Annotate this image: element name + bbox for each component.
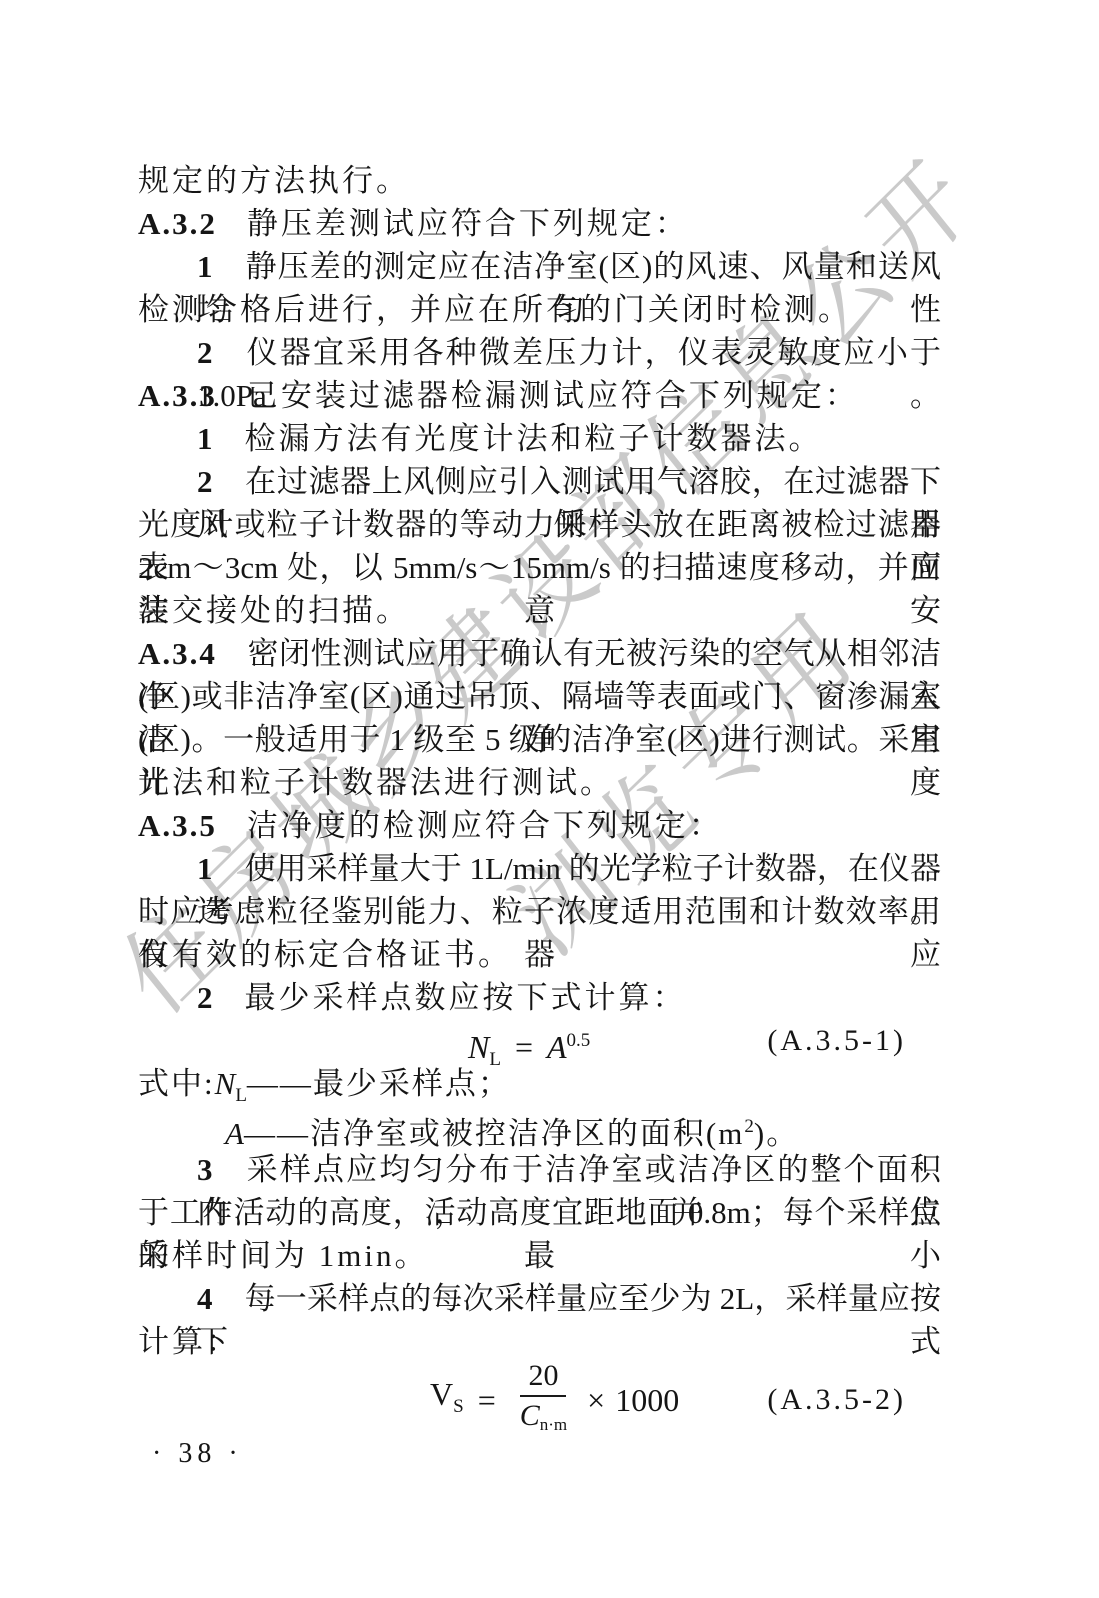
- text-line: 计法和粒子计数器法进行测试。: [138, 761, 941, 804]
- text-line: 装交接处的扫描。: [138, 589, 941, 632]
- text-line: 2在过滤器上风侧应引入测试用气溶胶，在过滤器下风侧用: [138, 460, 941, 503]
- formula-expression: VS = 20 Cn·m × 1000: [430, 1358, 679, 1442]
- line-text: 静压差测试应符合下列规定：: [247, 206, 689, 241]
- section-heading: A.3.2静压差测试应符合下列规定：: [138, 202, 941, 245]
- legend-description: )。: [754, 1116, 799, 1151]
- formula-symbol: N: [215, 1066, 236, 1101]
- fraction-numerator: 20: [520, 1360, 566, 1397]
- text-line: 2仪器宜采用各种微差压力计，仪表灵敏度应小于 1.0Pa。: [138, 331, 941, 374]
- multiply-sign: ×: [587, 1358, 605, 1442]
- formula-superscript: 0.5: [567, 1030, 591, 1051]
- line-text: 规定的方法执行。: [138, 163, 410, 198]
- text-line: 3采样点应均匀分布于洁净室或洁净区的整个面积内，并位: [138, 1148, 941, 1191]
- formula-symbol: A: [547, 1029, 567, 1065]
- line-text: 检测合格后进行，并应在所有的门关闭时检测。: [138, 292, 852, 327]
- section-number: A.3.3: [138, 378, 217, 413]
- formula-a-3-5-2: VS = 20 Cn·m × 1000 (A.3.5-2): [138, 1358, 941, 1442]
- formula-symbol: V: [430, 1376, 453, 1412]
- item-number: 2: [197, 980, 215, 1015]
- equals-sign: =: [515, 1029, 533, 1065]
- formula-legend-a: A——洁净室或被控洁净区的面积(m2)。: [138, 1105, 941, 1148]
- line-text: 计算：: [138, 1324, 240, 1359]
- fraction-denominator: Cn·m: [520, 1397, 567, 1441]
- formula-symbol: C: [520, 1399, 540, 1432]
- line-text: 洁净度的检测应符合下列规定：: [247, 808, 723, 843]
- item-number: 1: [197, 249, 215, 284]
- item-number: 2: [197, 464, 215, 499]
- text-line: (区)或非洁净室(区)通过吊顶、隔墙等表面或门、窗渗漏入洁净室: [138, 675, 941, 718]
- item-number: 1: [197, 851, 215, 886]
- item-number: 2: [197, 335, 215, 370]
- equals-sign: =: [478, 1358, 496, 1442]
- line-text: 采样时间为 1min。: [138, 1238, 428, 1273]
- section-heading: A.3.5洁净度的检测应符合下列规定：: [138, 804, 941, 847]
- section-number: A.3.2: [138, 206, 217, 241]
- text-line: 光度计或粒子计数器的等动力采样头放在距离被检过滤器表面: [138, 503, 941, 546]
- text-line: 1静压差的测定应在洁净室(区)的风速、风量和送风均匀性: [138, 245, 941, 288]
- formula-superscript: 2: [744, 1116, 754, 1137]
- section-number: A.3.5: [138, 808, 217, 843]
- legend-dash: ——: [247, 1066, 313, 1101]
- text-line: 2最少采样点数应按下式计算：: [138, 976, 941, 1019]
- line-text: 检漏方法有光度计法和粒子计数器法。: [245, 421, 823, 456]
- fraction: 20 Cn·m: [520, 1360, 567, 1441]
- legend-dash: ——: [244, 1116, 310, 1151]
- line-text: 已安装过滤器检漏测试应符合下列规定：: [247, 378, 859, 413]
- formula-subscript: n·m: [540, 1415, 567, 1434]
- formula-subscript: S: [453, 1396, 464, 1417]
- section-heading: A.3.4密闭性测试应用于确认有无被污染的空气从相邻洁净室: [138, 632, 941, 675]
- legend-lead: 式中:: [138, 1066, 215, 1101]
- formula-a-3-5-1: NL=A0.5 (A.3.5-1): [138, 1019, 941, 1062]
- formula-legend-nl: 式中:NL——最少采样点；: [138, 1062, 941, 1105]
- formula-symbol: N: [468, 1029, 489, 1065]
- line-text: 有有效的标定合格证书。: [138, 937, 512, 972]
- line-text: 装交接处的扫描。: [138, 593, 410, 628]
- line-text: 计法和粒子计数器法进行测试。: [138, 765, 614, 800]
- legend-description: 最少采样点；: [313, 1066, 511, 1101]
- formula-subscript: L: [235, 1085, 247, 1106]
- formula-factor: 1000: [615, 1358, 679, 1442]
- document-page: 住房城乡建设部信息公开 浏览专用 规定的方法执行。 A.3.2静压差测试应符合下…: [0, 0, 1099, 1598]
- equation-number: (A.3.5-2): [767, 1358, 906, 1442]
- text-line: 有有效的标定合格证书。: [138, 933, 941, 976]
- line-text: 最少采样点数应按下式计算：: [245, 980, 687, 1015]
- item-number: 4: [197, 1281, 215, 1316]
- text-line: 检测合格后进行，并应在所有的门关闭时检测。: [138, 288, 941, 331]
- text-line: 1检漏方法有光度计法和粒子计数器法。: [138, 417, 941, 460]
- text-line: 时应考虑粒径鉴别能力、粒子浓度适用范围和计数效率。仪器应: [138, 890, 941, 933]
- legend-description: 洁净室或被控洁净区的面积(m: [310, 1116, 744, 1151]
- text-line: (区)。一般适用于 1 级至 5 级的洁净室(区)进行测试。采用光度: [138, 718, 941, 761]
- text-line: 1使用采样量大于 1L/min 的光学粒子计数器，在仪器选用: [138, 847, 941, 890]
- item-number: 3: [197, 1152, 215, 1187]
- section-number: A.3.4: [138, 636, 217, 671]
- text-line: 规定的方法执行。: [138, 159, 941, 202]
- page-number: · 38 ·: [152, 1438, 243, 1470]
- text-line: 4每一采样点的每次采样量应至少为 2L，采样量应按下式: [138, 1277, 941, 1320]
- section-heading: A.3.3已安装过滤器检漏测试应符合下列规定：: [138, 374, 941, 417]
- text-line: 于工作活动的高度，活动高度宜距地面 0.8m；每个采样点的最小: [138, 1191, 941, 1234]
- text-line: 采样时间为 1min。: [138, 1234, 941, 1277]
- item-number: 1: [197, 421, 215, 456]
- equation-number: (A.3.5-1): [767, 1019, 906, 1062]
- text-line: 计算：: [138, 1320, 941, 1363]
- formula-symbol: A: [225, 1116, 244, 1151]
- text-line: 2cm～3cm 处，以 5mm/s～15mm/s 的扫描速度移动，并应注意安: [138, 546, 941, 589]
